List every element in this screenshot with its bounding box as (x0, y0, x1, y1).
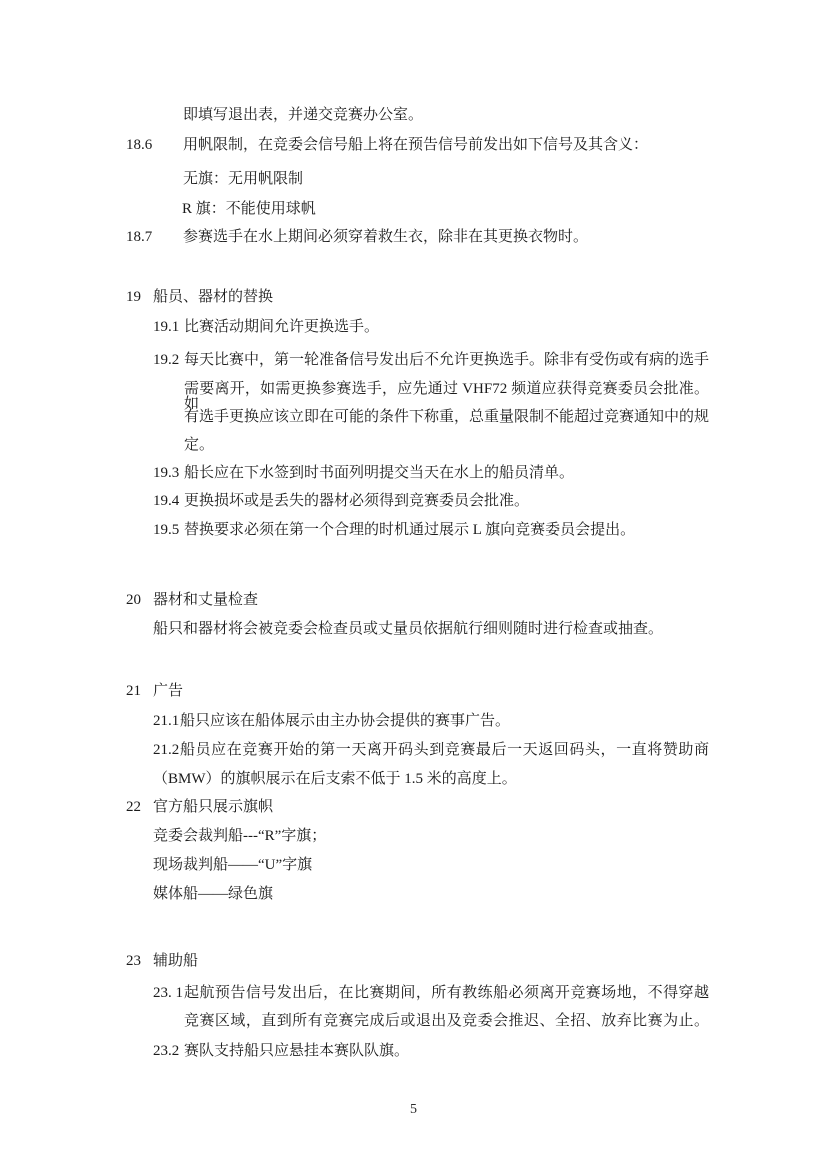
doc-line: R 旗：不能使用球帆 (182, 202, 316, 217)
doc-line: 船员、器材的替换19 (153, 290, 273, 305)
doc-line: 更换损坏或是丢失的器材必须得到竞赛委员会批准。19.4 (184, 494, 529, 509)
doc-line: 官方船只展示旗帜22 (153, 800, 273, 815)
item-number: 19.4 (153, 494, 179, 509)
item-number: 20 (126, 593, 141, 608)
doc-line: 即填写退出表，并递交竞赛办公室。 (183, 108, 423, 123)
doc-line: 无旗：无用帆限制 (183, 172, 303, 187)
item-number: 21.2 (153, 743, 179, 758)
doc-line: 起航预告信号发出后，在比赛期间，所有教练船必须离开竞赛场地，不得穿越23. 1 (184, 986, 709, 1001)
doc-line: 广告21 (153, 684, 183, 699)
doc-line: 定。 (184, 438, 214, 453)
doc-line: 每天比赛中，第一轮准备信号发出后不允许更换选手。除非有受伤或有病的选手19.2 (184, 353, 709, 368)
item-number: 22 (126, 800, 141, 815)
item-number: 21 (126, 684, 141, 699)
item-number: 23.2 (153, 1044, 179, 1059)
document-page: 即填写退出表，并递交竞赛办公室。用帆限制，在竞委会信号船上将在预告信号前发出如下… (0, 0, 827, 1169)
doc-line: 现场裁判船——“U”字旗 (153, 858, 312, 873)
item-number: 23 (126, 954, 141, 969)
doc-line: 竞赛区域，直到所有竞赛完成后或退出及竞委会推迟、全招、放弃比赛为止。 (184, 1014, 709, 1029)
item-number: 19.2 (153, 353, 179, 368)
item-number: 23. 1 (153, 986, 183, 1001)
doc-line: 船员应在竞赛开始的第一天离开码头到竞赛最后一天返回码头，一直将赞助商21.2 (180, 743, 709, 758)
doc-line: 有选手更换应该立即在可能的条件下称重，总重量限制不能超过竞赛通知中的规 (184, 410, 709, 425)
doc-line: 媒体船——绿色旗 (153, 887, 273, 902)
doc-line: 参赛选手在水上期间必须穿着救生衣，除非在其更换衣物时。18.7 (183, 230, 588, 245)
doc-line: 竞委会裁判船---“R”字旗； (153, 829, 326, 844)
doc-line: 赛队支持船只应悬挂本赛队队旗。23.2 (184, 1044, 409, 1059)
doc-line: 辅助船23 (153, 954, 198, 969)
item-number: 21.1 (153, 714, 179, 729)
item-number: 19.1 (153, 320, 179, 335)
item-number: 18.6 (126, 138, 152, 153)
doc-line: 船只和器材将会被竞委会检查员或丈量员依据航行细则随时进行检查或抽查。 (153, 622, 663, 637)
doc-line: 替换要求必须在第一个合理的时机通过展示 L 旗向竞赛委员会提出。19.5 (184, 523, 635, 538)
item-number: 18.7 (126, 230, 152, 245)
doc-line: 比赛活动期间允许更换选手。19.1 (184, 320, 379, 335)
doc-line: 器材和丈量检查20 (153, 593, 258, 608)
item-number: 19.3 (153, 466, 179, 481)
doc-line: 用帆限制，在竞委会信号船上将在预告信号前发出如下信号及其含义：18.6 (183, 138, 648, 153)
item-number: 19 (126, 290, 141, 305)
item-number: 19.5 (153, 523, 179, 538)
page-number: 5 (0, 1103, 827, 1117)
doc-line: （BMW）的旗帜展示在后支索不低于 1.5 米的高度上。 (153, 772, 517, 787)
doc-line: 船只应该在船体展示由主办协会提供的赛事广告。21.1 (180, 714, 510, 729)
doc-line: 需要离开，如需更换参赛选手，应先通过 VHF72 频道应获得竞赛委员会批准。如 (184, 382, 709, 412)
doc-line: 船长应在下水签到时书面列明提交当天在水上的船员清单。19.3 (184, 466, 574, 481)
